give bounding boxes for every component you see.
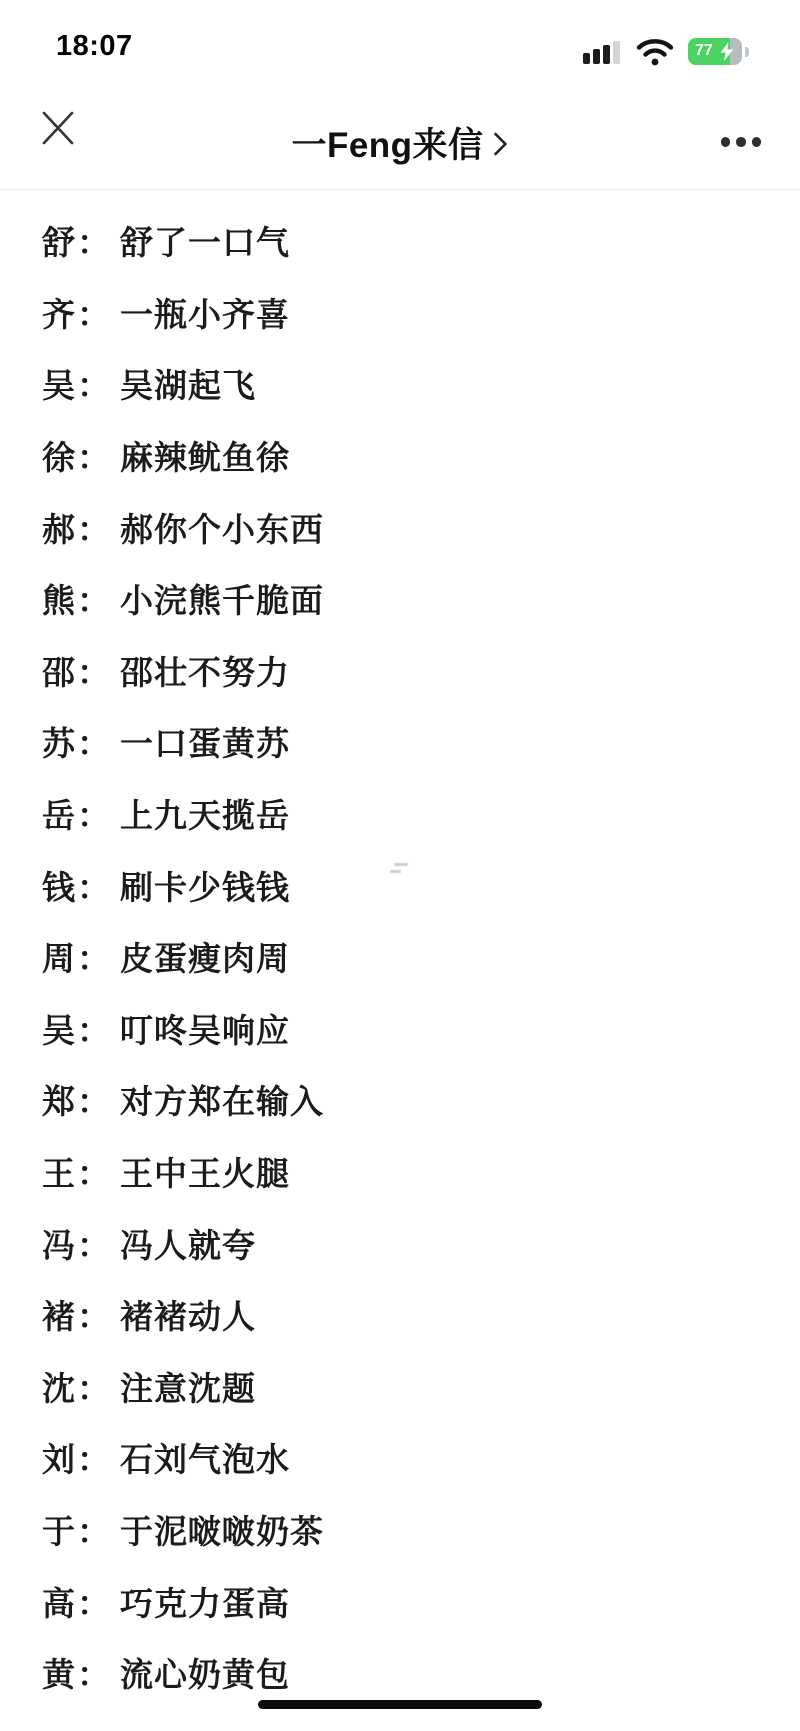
surname: 郑: [42, 1076, 76, 1123]
phrase: 褚褚动人: [120, 1291, 256, 1338]
colon: ：: [77, 1434, 111, 1481]
phrase: 小浣熊千脆面: [120, 575, 324, 622]
signal-bar-3: [603, 45, 610, 64]
colon: ：: [77, 1148, 111, 1195]
phrase: 吴湖起飞: [120, 360, 256, 407]
phrase: 巧克力蛋高: [120, 1578, 290, 1625]
surname: 冯: [42, 1220, 76, 1267]
colon: ：: [77, 1578, 111, 1625]
surname: 刘: [42, 1434, 76, 1481]
surname: 黄: [42, 1649, 76, 1696]
home-indicator-handle[interactable]: [258, 1700, 542, 1709]
charging-bolt-icon: [719, 42, 735, 65]
surname: 郝: [42, 504, 76, 551]
surname: 吴: [42, 360, 76, 407]
list-item: 吴：叮咚吴响应: [42, 993, 800, 1065]
signal-bar-2: [593, 49, 600, 64]
wifi-icon: [636, 38, 674, 71]
phrase: 一口蛋黄苏: [120, 718, 290, 765]
list-item: 周：皮蛋瘦肉周: [42, 921, 800, 993]
phrase: 叮咚吴响应: [120, 1005, 290, 1052]
colon: ：: [77, 1649, 111, 1696]
phrase: 舒了一口气: [120, 217, 290, 264]
list-item: 徐：麻辣鱿鱼徐: [42, 420, 800, 492]
colon: ：: [77, 1506, 111, 1553]
phrase: 石刘气泡水: [120, 1434, 290, 1481]
dot: [721, 137, 731, 147]
list-item: 齐：一瓶小齐喜: [42, 277, 800, 349]
phrase: 流心奶黄包: [120, 1649, 290, 1696]
nav-bar: 一Feng来信: [0, 95, 800, 190]
phrase: 刷卡少钱钱: [120, 862, 290, 909]
colon: ：: [77, 1291, 111, 1338]
image-artifact: [388, 861, 410, 875]
colon: ：: [77, 647, 111, 694]
colon: ：: [77, 862, 111, 909]
surname: 高: [42, 1578, 76, 1625]
surname: 王: [42, 1148, 76, 1195]
phrase: 王中王火腿: [120, 1148, 290, 1195]
phrase: 注意沈题: [120, 1363, 256, 1410]
battery-percent: 77: [695, 42, 713, 60]
page-title: 一Feng来信: [291, 118, 483, 168]
colon: ：: [77, 217, 111, 264]
surname: 褚: [42, 1291, 76, 1338]
surname: 舒: [42, 217, 76, 264]
more-menu-icon[interactable]: [718, 119, 764, 165]
dot: [736, 137, 746, 147]
list-item: 冯：冯人就夸: [42, 1207, 800, 1279]
phrase: 一瓶小齐喜: [120, 289, 290, 336]
list-item: 王：王中王火腿: [42, 1136, 800, 1208]
close-icon[interactable]: [38, 105, 78, 151]
colon: ：: [77, 289, 111, 336]
phrase: 上九天揽岳: [120, 790, 290, 837]
list-item: 褚：褚褚动人: [42, 1279, 800, 1351]
dot: [752, 137, 762, 147]
surname: 邵: [42, 647, 76, 694]
article-title-link[interactable]: 一Feng来信: [291, 95, 508, 190]
list-item: 于：于泥啵啵奶茶: [42, 1494, 800, 1566]
colon: ：: [77, 790, 111, 837]
surname: 徐: [42, 432, 76, 479]
list-item: 郑：对方郑在输入: [42, 1064, 800, 1136]
colon: ：: [77, 718, 111, 765]
colon: ：: [77, 1005, 111, 1052]
list-item: 苏：一口蛋黄苏: [42, 706, 800, 778]
battery-cap: [745, 47, 749, 57]
colon: ：: [77, 360, 111, 407]
phrase: 郝你个小东西: [120, 504, 324, 551]
colon: ：: [77, 1363, 111, 1410]
list-item: 吴：吴湖起飞: [42, 348, 800, 420]
chevron-right-icon: [493, 126, 509, 159]
status-time: 18:07: [56, 30, 133, 63]
cellular-signal-icon: [583, 41, 623, 64]
surname: 岳: [42, 790, 76, 837]
list-item: 舒：舒了一口气: [42, 205, 800, 277]
surname: 苏: [42, 718, 76, 765]
phrase: 于泥啵啵奶茶: [120, 1506, 324, 1553]
phrase: 邵壮不努力: [120, 647, 290, 694]
surname: 齐: [42, 289, 76, 336]
colon: ：: [77, 1220, 111, 1267]
surname: 于: [42, 1506, 76, 1553]
colon: ：: [77, 575, 111, 622]
phrase: 麻辣鱿鱼徐: [120, 432, 290, 479]
list-item: 黄：流心奶黄包: [42, 1637, 800, 1709]
signal-bar-1: [583, 53, 590, 64]
surname: 钱: [42, 862, 76, 909]
list-item: 刘：石刘气泡水: [42, 1422, 800, 1494]
phrase: 冯人就夸: [120, 1220, 256, 1267]
phrase: 对方郑在输入: [120, 1076, 324, 1123]
list-item: 郝：郝你个小东西: [42, 491, 800, 563]
list-item: 熊：小浣熊千脆面: [42, 563, 800, 635]
surname-pun-list: 舒：舒了一口气 齐：一瓶小齐喜 吴：吴湖起飞 徐：麻辣鱿鱼徐 郝：郝你个小东西 …: [42, 205, 800, 1708]
colon: ：: [77, 1076, 111, 1123]
signal-bar-4-empty: [613, 41, 620, 64]
list-item: 高：巧克力蛋高: [42, 1565, 800, 1637]
battery-icon: 77: [688, 38, 742, 65]
list-item: 沈：注意沈题: [42, 1351, 800, 1423]
list-item: 岳：上九天揽岳: [42, 778, 800, 850]
colon: ：: [77, 504, 111, 551]
list-item: 钱：刷卡少钱钱: [42, 849, 800, 921]
colon: ：: [77, 933, 111, 980]
surname: 周: [42, 933, 76, 980]
surname: 吴: [42, 1005, 76, 1052]
list-item: 邵：邵壮不努力: [42, 635, 800, 707]
phone-screen: 18:07 77 一Feng来信: [0, 0, 800, 1731]
surname: 熊: [42, 575, 76, 622]
colon: ：: [77, 432, 111, 479]
surname: 沈: [42, 1363, 76, 1410]
phrase: 皮蛋瘦肉周: [120, 933, 290, 980]
